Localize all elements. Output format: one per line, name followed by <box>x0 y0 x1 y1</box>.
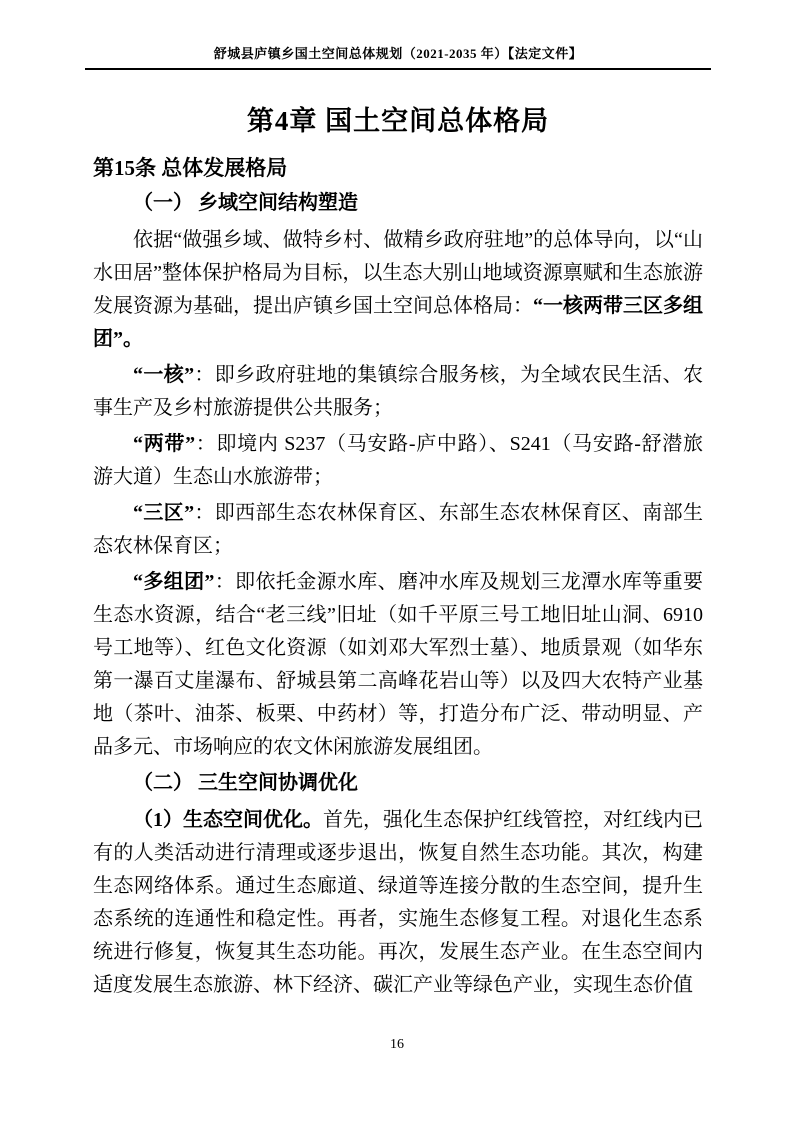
term-label: “多组团” <box>133 571 214 593</box>
running-header: 舒城县庐镇乡国土空间总体规划（2021-2035 年）【法定文件】 <box>93 0 703 62</box>
term-description: ：即依托金源水库、磨冲水库及规划三龙潭水库等重要生态水资源，结合“老三线”旧址（… <box>93 571 703 758</box>
term-label: “两带” <box>133 433 195 455</box>
chapter-title: 第4章 国土空间总体格局 <box>93 103 703 140</box>
section-heading-2: （二） 三生空间协调优化 <box>93 767 703 800</box>
term-label: “一核” <box>133 364 194 386</box>
paragraph-overview: 依据“做强乡域、做特乡村、做精乡政府驻地”的总体导向，以“山水田居”整体保护格局… <box>93 224 703 356</box>
page-number: 16 <box>0 1036 794 1054</box>
paragraph-clusters: “多组团”：即依托金源水库、磨冲水库及规划三龙潭水库等重要生态水资源，结合“老三… <box>93 566 703 764</box>
page-content: 舒城县庐镇乡国土空间总体规划（2021-2035 年）【法定文件】 第4章 国土… <box>0 0 794 1002</box>
document-page: 舒城县庐镇乡国土空间总体规划（2021-2035 年）【法定文件】 第4章 国土… <box>0 0 794 1122</box>
paragraph-eco-space: （1）生态空间优化。首先，强化生态保护红线管控，对红线内已有的人类活动进行清理或… <box>93 804 703 1002</box>
paragraph-zones: “三区”：即西部生态农林保育区、东部生态农林保育区、南部生态农林保育区； <box>93 497 703 563</box>
article-heading: 第15条 总体发展格局 <box>93 152 703 185</box>
section-heading-1: （一） 乡域空间结构塑造 <box>93 187 703 220</box>
term-description: 首先，强化生态保护红线管控，对红线内已有的人类活动进行清理或逐步退出，恢复自然生… <box>93 809 703 996</box>
header-divider <box>85 68 711 70</box>
paragraph-belts: “两带”：即境内 S237（马安路-庐中路）、S241（马安路-舒潜旅游大道）生… <box>93 428 703 494</box>
paragraph-core: “一核”：即乡政府驻地的集镇综合服务核，为全域农民生活、农事生产及乡村旅游提供公… <box>93 359 703 425</box>
term-label: （1）生态空间优化。 <box>133 809 323 831</box>
term-label: “三区” <box>133 502 194 524</box>
